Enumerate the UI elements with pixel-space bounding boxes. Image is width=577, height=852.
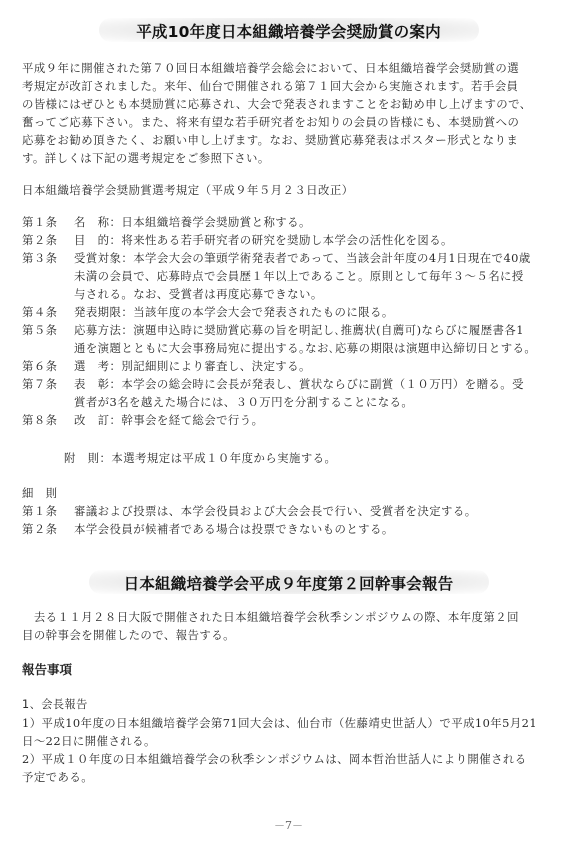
report-item-line: 日～22日に開催される。 xyxy=(22,732,156,750)
intro-line: 応募をお勧め頂きたく、お願い申し上げます。なお、奨励賞応募発表はポスター形式とな… xyxy=(22,131,518,149)
report-item-title: 1、会長報告 xyxy=(22,696,88,714)
section2-intro-line: 目の幹事会を開催したので、報告する。 xyxy=(22,626,235,644)
article-6: 第６条選 考：別記細則により審査し、決定する。 xyxy=(22,357,311,375)
article-7: 第７条表 彰：本学会の総会時に会長が発表し、賞状ならびに副賞（１０万円）を贈る。… xyxy=(22,375,524,393)
report-item-line: 予定である。 xyxy=(22,768,93,786)
intro-line: の皆様にはぜひとも本奨励賞に応募され、大会で発表されますことをお勧め申し上げます… xyxy=(22,95,532,113)
article-number: 第１条 xyxy=(22,213,74,231)
article-text: 改 訂：幹事会を経て総会で行う。 xyxy=(74,413,263,427)
article-number: 第５条 xyxy=(22,321,74,339)
supplementary-provision: 附 則：本選考規定は平成１０年度から実施する。 xyxy=(64,449,336,467)
article-5-cont: 通を演題とともに大会事務局宛に提出する｡なお､応募の期限は演題申込締切日とする｡ xyxy=(74,339,531,357)
article-text: 受賞対象：本学会大会の筆頭学術発表者であって、当該会計年度の4月1日現在で40歳 xyxy=(74,251,531,265)
article-text: 名 称：日本組織培養学会奨励賞と称する。 xyxy=(74,215,311,229)
report-item-line: 2）平成１０年度の日本組織培養学会の秋季シンポジウムは、岡本哲治世話人により開催… xyxy=(22,750,527,768)
bylaw-2: 第２条本学会役員が候補者である場合は投票できないものとする。 xyxy=(22,520,394,538)
article-text: 選 考：別記細則により審査し、決定する。 xyxy=(74,359,311,373)
article-number: 第８条 xyxy=(22,411,74,429)
page-number: －7－ xyxy=(0,817,577,833)
bylaws-title: 細 則 xyxy=(22,484,58,502)
bylaw-number: 第１条 xyxy=(22,502,74,520)
article-3-cont: 与される。なお、受賞者は再度応募できない。 xyxy=(74,285,323,303)
article-3: 第３条受賞対象：本学会大会の筆頭学術発表者であって、当該会計年度の4月1日現在で… xyxy=(22,249,531,267)
section1-title: 平成10年度日本組織培養学会奨励賞の案内 xyxy=(0,20,577,42)
report-heading: 報告事項 xyxy=(22,660,72,678)
article-1: 第１条名 称：日本組織培養学会奨励賞と称する。 xyxy=(22,213,311,231)
intro-line: 平成９年に開催された第７０回日本組織培養学会総会において、日本組織培養学会奨励賞… xyxy=(22,59,519,77)
intro-line: す。詳しくは下記の選考規定をご参照下さい。 xyxy=(22,149,270,167)
article-2: 第２条目 的：将来性ある若手研究者の研究を奨励し本学会の活性化を図る。 xyxy=(22,231,453,249)
article-4: 第４条発表期限：当該年度の本学会大会で発表されたものに限る。 xyxy=(22,303,394,321)
report-item-line: 1）平成10年度の日本組織培養学会第71回大会は、仙台市（佐藤靖史世話人）で平成… xyxy=(22,714,537,732)
article-text: 発表期限：当該年度の本学会大会で発表されたものに限る。 xyxy=(74,305,394,319)
section2-intro-line: 去る１１月２８日大阪で開催された日本組織培養学会秋季シンポジウムの際、本年度第２… xyxy=(22,608,519,626)
intro-line: 考規定が改訂されました。来年、仙台で開催される第７１回大会から実施されます。若手… xyxy=(22,77,518,95)
bylaw-number: 第２条 xyxy=(22,520,74,538)
article-number: 第７条 xyxy=(22,375,74,393)
bylaw-text: 審議および投票は、本学会役員および大会会長で行い、受賞者を決定する。 xyxy=(74,504,477,518)
bylaw-1: 第１条審議および投票は、本学会役員および大会会長で行い、受賞者を決定する。 xyxy=(22,502,477,520)
bylaw-text: 本学会役員が候補者である場合は投票できないものとする。 xyxy=(74,522,394,536)
rules-title: 日本組織培養学会奨励賞選考規定（平成９年５月２３日改正） xyxy=(22,181,354,199)
article-8: 第８条改 訂：幹事会を経て総会で行う。 xyxy=(22,411,263,429)
section2-title: 日本組織培養学会平成９年度第２回幹事会報告 xyxy=(0,572,577,594)
article-7-cont: 賞者が3名を越えた場合には、３０万円を分割することになる。 xyxy=(74,393,413,411)
article-number: 第３条 xyxy=(22,249,74,267)
article-number: 第６条 xyxy=(22,357,74,375)
article-number: 第２条 xyxy=(22,231,74,249)
article-3-cont: 未満の会員で、応募時点で会員歴１年以上であること。原則として毎年３～５名に授 xyxy=(74,267,524,285)
article-number: 第４条 xyxy=(22,303,74,321)
article-5: 第５条応募方法：演題申込時に奨励賞応募の旨を明記し､推薦状(自薦可)ならびに履歴… xyxy=(22,321,524,339)
article-text: 目 的：将来性ある若手研究者の研究を奨励し本学会の活性化を図る。 xyxy=(74,233,453,247)
article-text: 応募方法：演題申込時に奨励賞応募の旨を明記し､推薦状(自薦可)ならびに履歴書各1 xyxy=(74,323,524,337)
article-text: 表 彰：本学会の総会時に会長が発表し、賞状ならびに副賞（１０万円）を贈る。受 xyxy=(74,377,524,391)
intro-line: 奮ってご応募下さい。また、将来有望な若手研究者をお知りの会員の皆様にも、本奨励賞… xyxy=(22,113,519,131)
